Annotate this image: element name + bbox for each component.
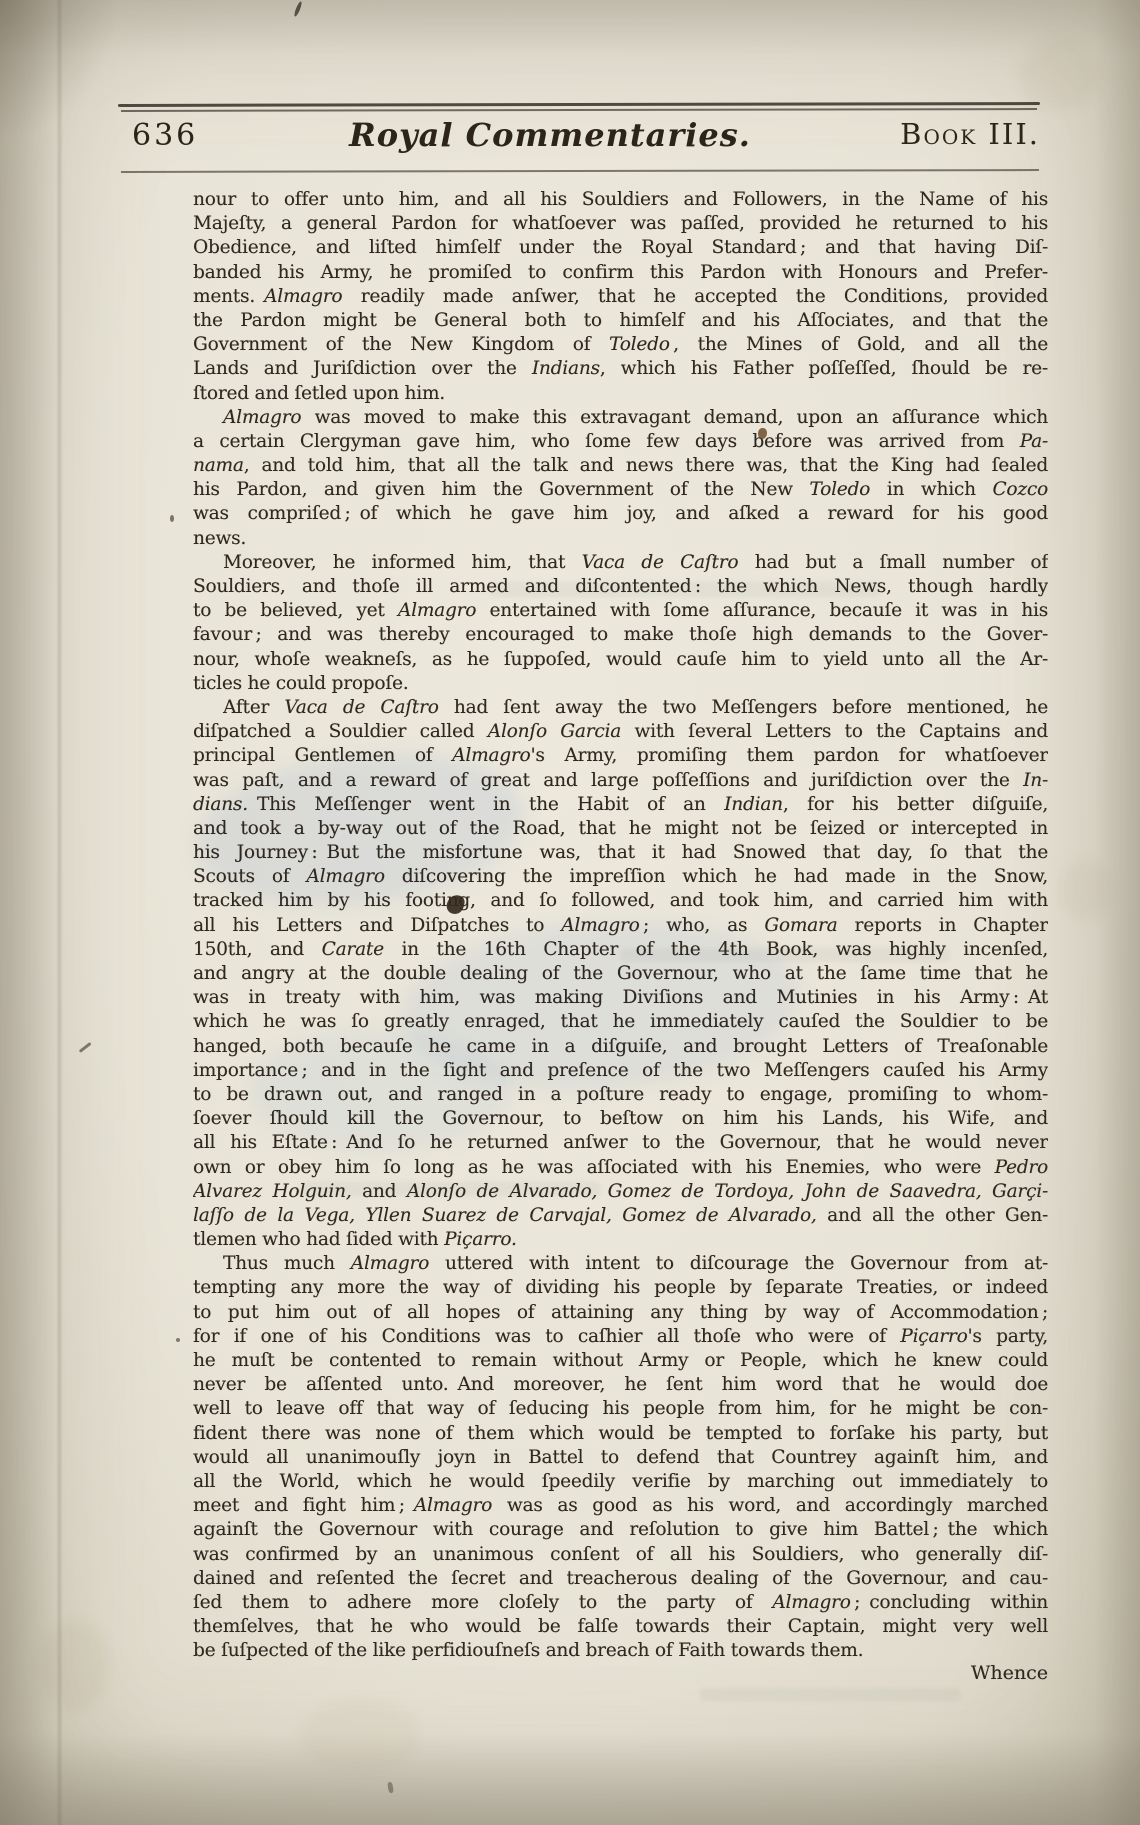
text-line: Lands and Juriſdiction over the Indians,…: [193, 357, 1048, 381]
text-line: all the World, which he would ſpeedily v…: [193, 1470, 1048, 1494]
text-line: ſtored and ſetled upon him.: [193, 382, 1048, 406]
text-line: Majeſty, a general Pardon for whatſoever…: [193, 212, 1048, 236]
text-line: tracked him by his footing, and ſo follo…: [193, 889, 1048, 913]
text-line: ments. Almagro readily made anſwer, that…: [193, 285, 1048, 309]
header-rule-bottom: [121, 169, 1039, 173]
page: 636 Royal Commentaries. Book III. nour t…: [0, 0, 1140, 1825]
text-line: dians. This Meſſenger went in the Habit …: [193, 793, 1048, 817]
text-line: was paſt, and a reward of great and larg…: [193, 769, 1048, 793]
page-header: 636 Royal Commentaries. Book III.: [0, 116, 1140, 160]
text-line: all his Eſtate : And ſo he returned anſw…: [193, 1131, 1048, 1155]
text-line: to be drawn out, and ranged in a poſture…: [193, 1083, 1048, 1107]
paper-stain: [40, 1620, 110, 1710]
margin-mark: [170, 515, 174, 522]
text-line: his Journey : But the misfortune was, th…: [193, 841, 1048, 865]
book-scan: 636 Royal Commentaries. Book III. nour t…: [0, 0, 1140, 1825]
text-line: ticles he could propoſe.: [193, 672, 1048, 696]
text-line: and took a by-way out of the Road, that …: [193, 817, 1048, 841]
text-line: Obedience, and liſted himſelf under the …: [193, 236, 1048, 260]
text-line: Alvarez Holguin, and Alonſo de Alvarado,…: [193, 1180, 1048, 1204]
text-line: After Vaca de Caſtro had ſent away the t…: [193, 696, 1048, 720]
paragraph: nour to offer unto him, and all his Soul…: [193, 188, 1048, 406]
text-line: banded his Army, he promiſed to confirm …: [193, 261, 1048, 285]
text-line: he muſt be contented to remain without A…: [193, 1349, 1048, 1373]
catchword-row: Whence: [193, 1662, 1054, 1684]
text-line: which he was ſo greatly enraged, that he…: [193, 1010, 1048, 1034]
paragraph: Almagro was moved to make this extravaga…: [193, 406, 1048, 551]
text-line: diſpatched a Souldier called Alonſo Garc…: [193, 720, 1048, 744]
paragraph: Thus much Almagro uttered with intent to…: [193, 1252, 1048, 1663]
margin-mark: [79, 1042, 92, 1053]
text-block: nour to offer unto him, and all his Soul…: [193, 188, 1048, 1663]
text-line: well to leave off that way of ſeducing h…: [193, 1397, 1048, 1421]
text-line: for if one of his Conditions was to caſh…: [193, 1325, 1048, 1349]
text-line: a certain Clergyman gave him, who ſome f…: [193, 430, 1048, 454]
text-line: be ſuſpected of the like perfidiouſneſs …: [193, 1639, 1048, 1663]
text-line: 150th, and Carate in the 16th Chapter of…: [193, 938, 1048, 962]
text-line: Almagro was moved to make this extravaga…: [193, 406, 1048, 430]
text-line: importance ; and in the ſight and preſen…: [193, 1059, 1048, 1083]
text-line: themſelves, that he who would be falſe t…: [193, 1615, 1048, 1639]
text-line: the Pardon might be General both to himſ…: [193, 309, 1048, 333]
margin-mark: [176, 1338, 180, 1342]
text-line: principal Gentlemen of Almagro's Army, p…: [193, 744, 1048, 768]
text-line: would all unanimouſly joyn in Battel to …: [193, 1446, 1048, 1470]
text-line: all his Letters and Diſpatches to Almagr…: [193, 914, 1048, 938]
text-line: Scouts of Almagro diſcovering the impreſ…: [193, 865, 1048, 889]
text-line: to put him out of all hopes of attaining…: [193, 1301, 1048, 1325]
gutter-shadow: [56, 0, 63, 1825]
text-line: ſoever ſhould kill the Governour, to beſ…: [193, 1107, 1048, 1131]
text-line: meet and fight him ; Almagro was as good…: [193, 1494, 1048, 1518]
paper-stain: [1020, 40, 1100, 110]
margin-mark: [387, 1782, 394, 1794]
text-line: dained and reſented the ſecret and treac…: [193, 1567, 1048, 1591]
text-line: againſt the Governour with courage and r…: [193, 1518, 1048, 1542]
catchword: Whence: [971, 1662, 1048, 1684]
showthrough-text: [700, 1688, 960, 1701]
text-line: ſed them to adhere more cloſely to the p…: [193, 1591, 1048, 1615]
paragraph: After Vaca de Caſtro had ſent away the t…: [193, 696, 1048, 1252]
text-line: was compriſed ; of which he gave him joy…: [193, 502, 1048, 526]
text-line: was confirmed by an unanimous conſent of…: [193, 1543, 1048, 1567]
text-line: Government of the New Kingdom of Toledo …: [193, 333, 1048, 357]
text-line: nour, whoſe weakneſs, as he ſuppoſed, wo…: [193, 648, 1048, 672]
header-rule-top-thin: [121, 108, 1037, 112]
text-line: Souldiers, and thoſe ill armed and diſco…: [193, 575, 1048, 599]
text-line: laſſo de la Vega, Yllen Suarez de Carvaj…: [193, 1204, 1048, 1228]
header-rule-top: [118, 102, 1040, 107]
text-line: Thus much Almagro uttered with intent to…: [193, 1252, 1048, 1276]
text-line: and angry at the double dealing of the G…: [193, 962, 1048, 986]
text-line: his Pardon, and given him the Government…: [193, 478, 1048, 502]
text-line: Moreover, he informed him, that Vaca de …: [193, 551, 1048, 575]
text-line: favour ; and was thereby encouraged to m…: [193, 623, 1048, 647]
paper-stain: [1060, 860, 1110, 920]
text-line: was in treaty with him, was making Diviſ…: [193, 986, 1048, 1010]
hair-artifact: [293, 1, 303, 17]
paragraph: Moreover, he informed him, that Vaca de …: [193, 551, 1048, 696]
text-line: to be believed, yet Almagro entertained …: [193, 599, 1048, 623]
text-line: news.: [193, 527, 1048, 551]
text-line: tempting any more the way of dividing hi…: [193, 1276, 1048, 1300]
paper-stain: [300, 1700, 420, 1770]
text-line: tlemen who had ſided with Piçarro.: [193, 1228, 1048, 1252]
text-line: nour to offer unto him, and all his Soul…: [193, 188, 1048, 212]
text-line: own or obey him ſo long as he was aſſoci…: [193, 1156, 1048, 1180]
text-line: never be aſſented unto. And moreover, he…: [193, 1373, 1048, 1397]
text-line: hanged, both becauſe he came in a diſgui…: [193, 1035, 1048, 1059]
book-label: Book III.: [900, 117, 1040, 151]
text-line: fident there was none of them which woul…: [193, 1422, 1048, 1446]
text-line: nama, and told him, that all the talk an…: [193, 454, 1048, 478]
